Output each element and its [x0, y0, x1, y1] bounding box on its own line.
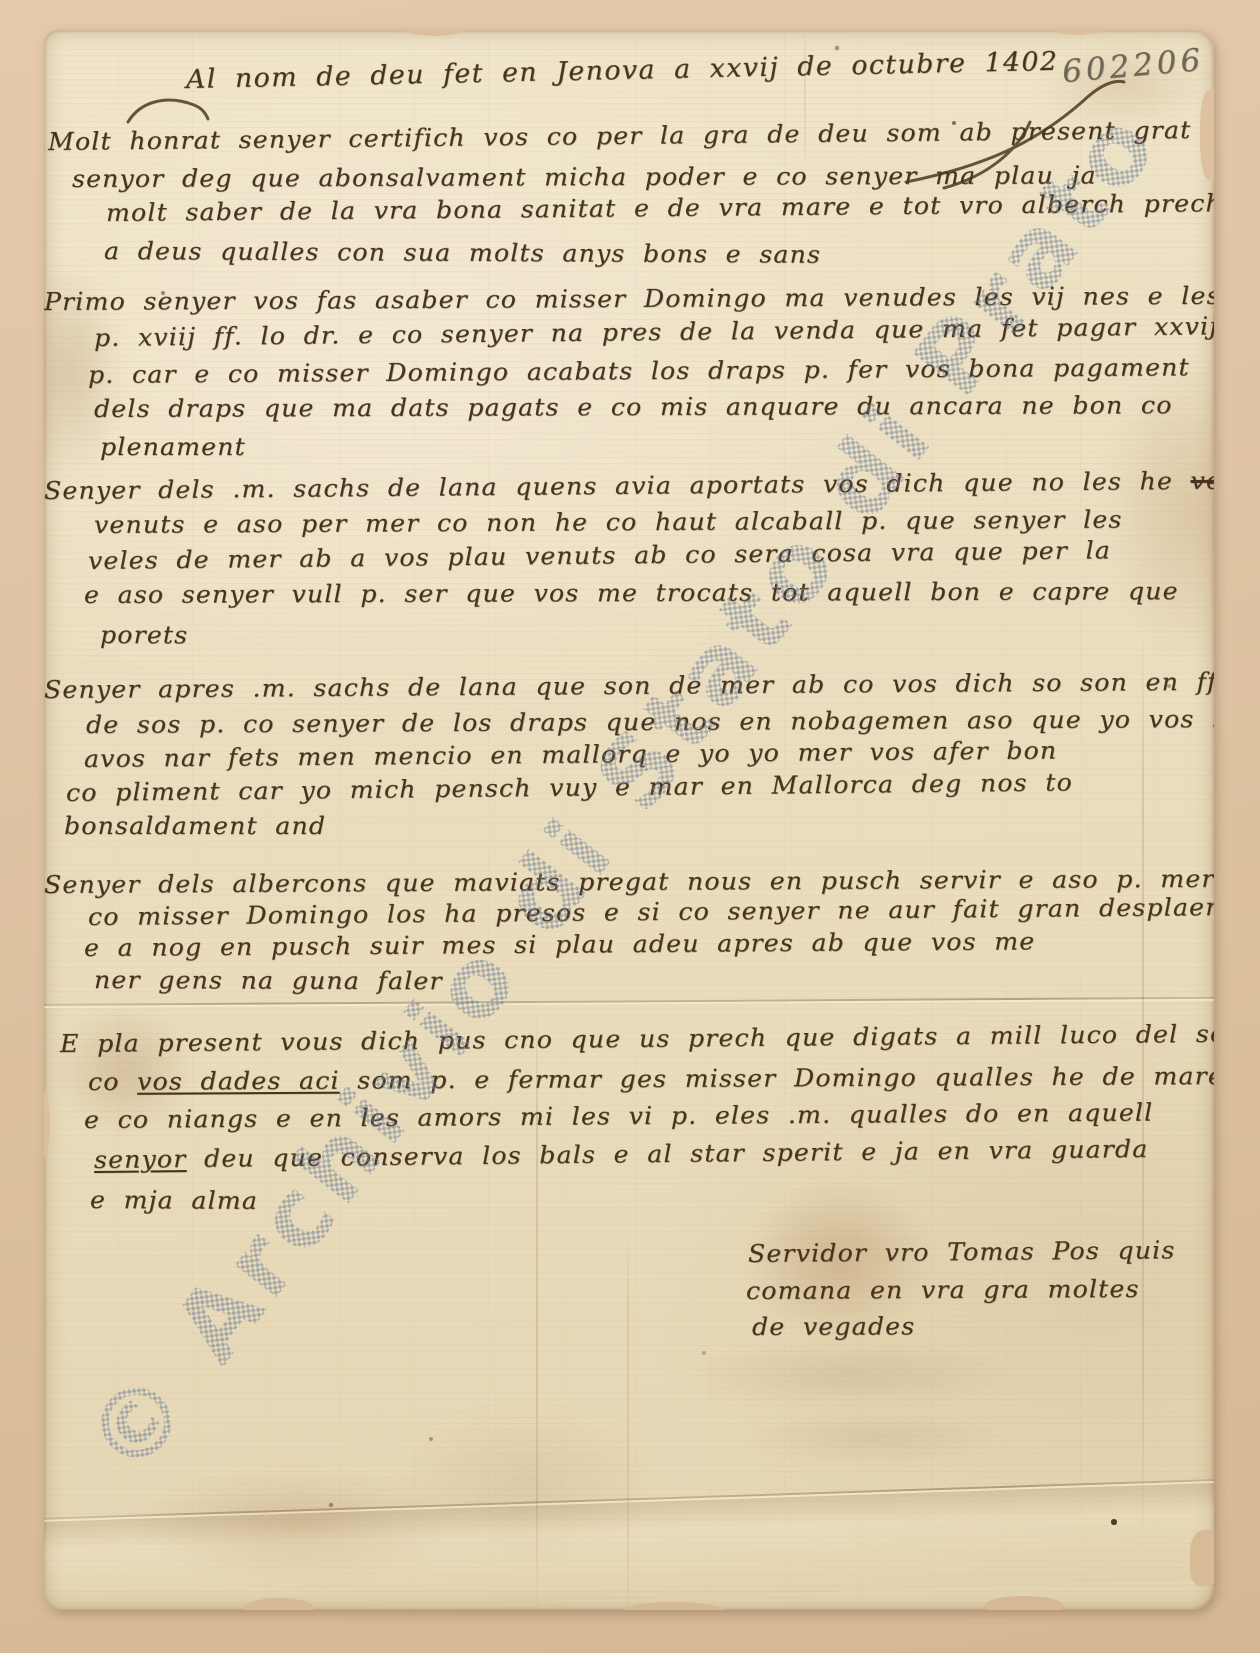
vertical-crease: [627, 1230, 629, 1610]
manuscript-line: porets: [100, 621, 188, 649]
scan-background: Al nom de deu fet en Jenova a xxvij de o…: [0, 0, 1260, 1653]
paper-edge-nick: [1200, 90, 1214, 180]
manuscript-line: dels draps que ma dats pagats e co mis a…: [94, 391, 1173, 423]
manuscript-line: e mja alma: [90, 1186, 258, 1215]
manuscript-line: de vegades: [752, 1312, 915, 1341]
underlined-word: senyor: [94, 1145, 187, 1174]
manuscript-line: de sos p. co senyer de los draps que nos…: [86, 705, 1214, 739]
manuscript-line: co vos dades aci som p. e fermar ges mis…: [88, 1062, 1214, 1096]
manuscript-line: ner gens na guna faler: [94, 966, 443, 995]
struck-word: venuts: [1190, 466, 1214, 495]
manuscript-page: Al nom de deu fet en Jenova a xxvij de o…: [44, 30, 1214, 1610]
manuscript-line: e aso senyer vull p. ser que vos me troc…: [84, 577, 1179, 609]
underlined-word: vos dades aci: [137, 1067, 340, 1096]
manuscript-line: plenament: [100, 433, 246, 461]
manuscript-line: Servidor vro Tomas Pos quis: [748, 1236, 1176, 1268]
paper-edge-nick: [1190, 1530, 1214, 1586]
paper-edge-nick: [984, 1596, 1064, 1610]
verso-ink-showthrough: [684, 1340, 1014, 1410]
manuscript-line: venuts e aso per mer co non he co haut a…: [94, 506, 1123, 539]
manuscript-line: Primo senyer vos fas asaber co misser Do…: [44, 281, 1214, 316]
vertical-crease: [536, 1005, 538, 1610]
manuscript-line: bonsaldament and: [64, 812, 326, 840]
manuscript-line: comana en vra gra moltes: [746, 1275, 1140, 1305]
vertical-crease: [1142, 620, 1144, 1550]
ink-flourish: [44, 30, 1214, 250]
verso-ink-showthrough: [744, 1410, 1004, 1465]
